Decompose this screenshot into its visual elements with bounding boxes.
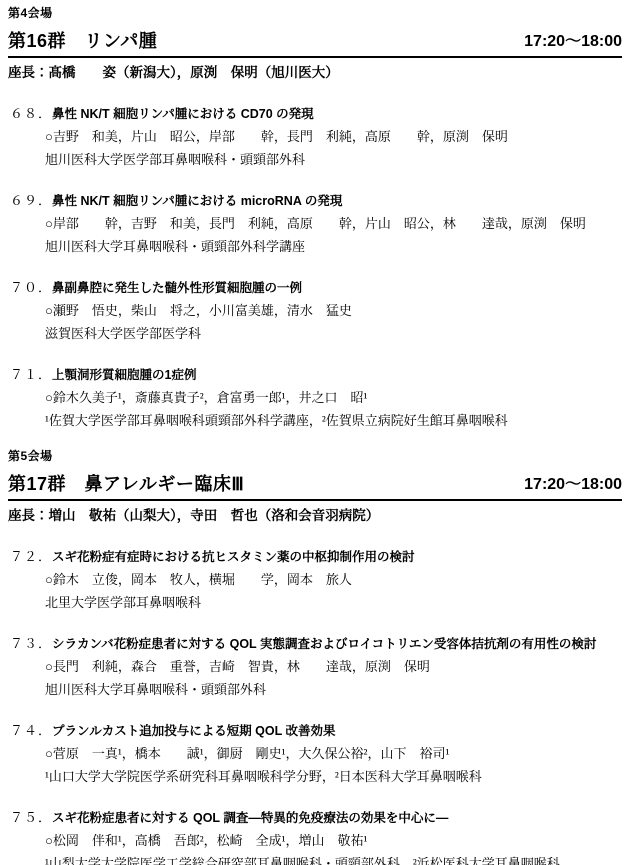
presentation-title-row: ７０． 鼻副鼻腔に発生した髄外性形質細胞腫の一例 bbox=[8, 279, 622, 297]
session-time: 17:20〜18:00 bbox=[524, 32, 622, 52]
presentation-item-68: ６８． 鼻性 NK/T 細胞リンパ腫における CD70 の発現 ○吉野 和美，片… bbox=[8, 105, 622, 168]
presentation-affiliation: 旭川医科大学医学部耳鼻咽喉科・頭頸部外科 bbox=[45, 152, 622, 168]
presentation-affiliation: 旭川医科大学耳鼻咽喉科・頭頸部外科学講座 bbox=[45, 239, 622, 255]
presentation-title: 鼻性 NK/T 細胞リンパ腫における CD70 の発現 bbox=[52, 106, 314, 123]
presentation-authors: ○長門 利純，森合 重誉，吉崎 智貴，林 達哉，原渕 保明 bbox=[45, 659, 622, 675]
venue-label: 第5会場 bbox=[8, 449, 622, 464]
presentation-affiliation: ¹佐賀大学医学部耳鼻咽喉科頭頸部外科学講座，²佐賀県立病院好生館耳鼻咽喉科 bbox=[45, 413, 622, 429]
presentation-item-74: ７４． プランルカスト追加投与による短期 QOL 改善効果 ○菅原 一真¹，橋本… bbox=[8, 722, 622, 785]
presentation-item-73: ７３． シラカンバ花粉症患者に対する QOL 実態調査およびロイコトリエン受容体… bbox=[8, 635, 622, 698]
chairs-line: 座長：増山 敬祐（山梨大），寺田 哲也（洛和会音羽病院） bbox=[8, 507, 622, 524]
presentation-item-71: ７１． 上顎洞形質細胞腫の1症例 ○鈴木久美子¹，斎藤真貴子²，倉富勇一郎¹，井… bbox=[8, 366, 622, 429]
conference-program-page: 第4会場 第16群 リンパ腫 17:20〜18:00 座長：髙橋 姿（新潟大），… bbox=[0, 0, 630, 865]
presentation-title: スギ花粉症有症時における抗ヒスタミン薬の中枢抑制作用の検討 bbox=[52, 549, 415, 566]
presentation-affiliation: ¹山梨大学大学院医学工学総合研究部耳鼻咽喉科・頭頸部外科，²浜松医科大学耳鼻咽喉… bbox=[45, 856, 622, 865]
presentation-title: 上顎洞形質細胞腫の1症例 bbox=[52, 367, 196, 384]
presentation-affiliation: ¹山口大学大学院医学系研究科耳鼻咽喉科学分野，²日本医科大学耳鼻咽喉科 bbox=[45, 769, 622, 785]
presentation-item-72: ７２． スギ花粉症有症時における抗ヒスタミン薬の中枢抑制作用の検討 ○鈴木 立俊… bbox=[8, 548, 622, 611]
presentation-number: ６９． bbox=[10, 192, 52, 209]
presentation-title-row: ６９． 鼻性 NK/T 細胞リンパ腫における microRNA の発現 bbox=[8, 192, 622, 210]
presentation-affiliation: 旭川医科大学耳鼻咽喉科・頭頸部外科 bbox=[45, 682, 622, 698]
presentation-item-75: ７５． スギ花粉症患者に対する QOL 調査―特異的免疫療法の効果を中心に― ○… bbox=[8, 809, 622, 865]
session-time: 17:20〜18:00 bbox=[524, 475, 622, 495]
presentation-number: ６８． bbox=[10, 105, 52, 122]
presentation-item-69: ６９． 鼻性 NK/T 細胞リンパ腫における microRNA の発現 ○岸部 … bbox=[8, 192, 622, 255]
presentation-title: 鼻副鼻腔に発生した髄外性形質細胞腫の一例 bbox=[52, 280, 302, 297]
presentation-authors: ○鈴木久美子¹，斎藤真貴子²，倉富勇一郎¹，井之口 昭¹ bbox=[45, 390, 622, 406]
presentation-number: ７０． bbox=[10, 279, 52, 296]
presentation-number: ７３． bbox=[10, 635, 52, 652]
session-block-group17: 第5会場 第17群 鼻アレルギー臨床Ⅲ 17:20〜18:00 座長：増山 敬祐… bbox=[8, 449, 622, 865]
presentation-affiliation: 滋賀医科大学医学部医学科 bbox=[45, 326, 622, 342]
presentation-authors: ○瀬野 悟史，柴山 将之，小川富美雄，清水 猛史 bbox=[45, 303, 622, 319]
session-header: 第16群 リンパ腫 17:20〜18:00 bbox=[8, 30, 622, 58]
presentation-number: ７２． bbox=[10, 548, 52, 565]
chairs-line: 座長：髙橋 姿（新潟大），原渕 保明（旭川医大） bbox=[8, 64, 622, 81]
presentation-title: 鼻性 NK/T 細胞リンパ腫における microRNA の発現 bbox=[52, 193, 342, 210]
presentation-authors: ○菅原 一真¹，橋本 誠¹，御厨 剛史¹，大久保公裕²，山下 裕司¹ bbox=[45, 746, 622, 762]
presentation-title: プランルカスト追加投与による短期 QOL 改善効果 bbox=[52, 723, 336, 740]
presentation-authors: ○岸部 幹，吉野 和美，長門 利純，高原 幹，片山 昭公，林 達哉，原渕 保明 bbox=[45, 216, 622, 232]
presentation-affiliation: 北里大学医学部耳鼻咽喉科 bbox=[45, 595, 622, 611]
session-header: 第17群 鼻アレルギー臨床Ⅲ 17:20〜18:00 bbox=[8, 473, 622, 501]
presentation-authors: ○松岡 伴和¹，高橋 吾郎²，松崎 全成¹，増山 敬祐¹ bbox=[45, 833, 622, 849]
presentation-title-row: ７２． スギ花粉症有症時における抗ヒスタミン薬の中枢抑制作用の検討 bbox=[8, 548, 622, 566]
presentation-authors: ○鈴木 立俊，岡本 牧人，横堀 学，岡本 旅人 bbox=[45, 572, 622, 588]
presentation-number: ７１． bbox=[10, 366, 52, 383]
presentation-title-row: ６８． 鼻性 NK/T 細胞リンパ腫における CD70 の発現 bbox=[8, 105, 622, 123]
presentation-title-row: ７１． 上顎洞形質細胞腫の1症例 bbox=[8, 366, 622, 384]
presentation-title: シラカンバ花粉症患者に対する QOL 実態調査およびロイコトリエン受容体拮抗剤の… bbox=[52, 636, 596, 653]
session-block-group16: 第4会場 第16群 リンパ腫 17:20〜18:00 座長：髙橋 姿（新潟大），… bbox=[8, 6, 622, 429]
presentation-title-row: ７５． スギ花粉症患者に対する QOL 調査―特異的免疫療法の効果を中心に― bbox=[8, 809, 622, 827]
presentation-title-row: ７４． プランルカスト追加投与による短期 QOL 改善効果 bbox=[8, 722, 622, 740]
presentation-title: スギ花粉症患者に対する QOL 調査―特異的免疫療法の効果を中心に― bbox=[52, 810, 448, 827]
presentation-number: ７４． bbox=[10, 722, 52, 739]
presentation-title-row: ７３． シラカンバ花粉症患者に対する QOL 実態調査およびロイコトリエン受容体… bbox=[8, 635, 622, 653]
session-group-title: 第17群 鼻アレルギー臨床Ⅲ bbox=[8, 473, 244, 495]
presentation-number: ７５． bbox=[10, 809, 52, 826]
session-group-title: 第16群 リンパ腫 bbox=[8, 30, 157, 52]
presentation-authors: ○吉野 和美，片山 昭公，岸部 幹，長門 利純，高原 幹，原渕 保明 bbox=[45, 129, 622, 145]
presentation-item-70: ７０． 鼻副鼻腔に発生した髄外性形質細胞腫の一例 ○瀬野 悟史，柴山 将之，小川… bbox=[8, 279, 622, 342]
venue-label: 第4会場 bbox=[8, 6, 622, 21]
